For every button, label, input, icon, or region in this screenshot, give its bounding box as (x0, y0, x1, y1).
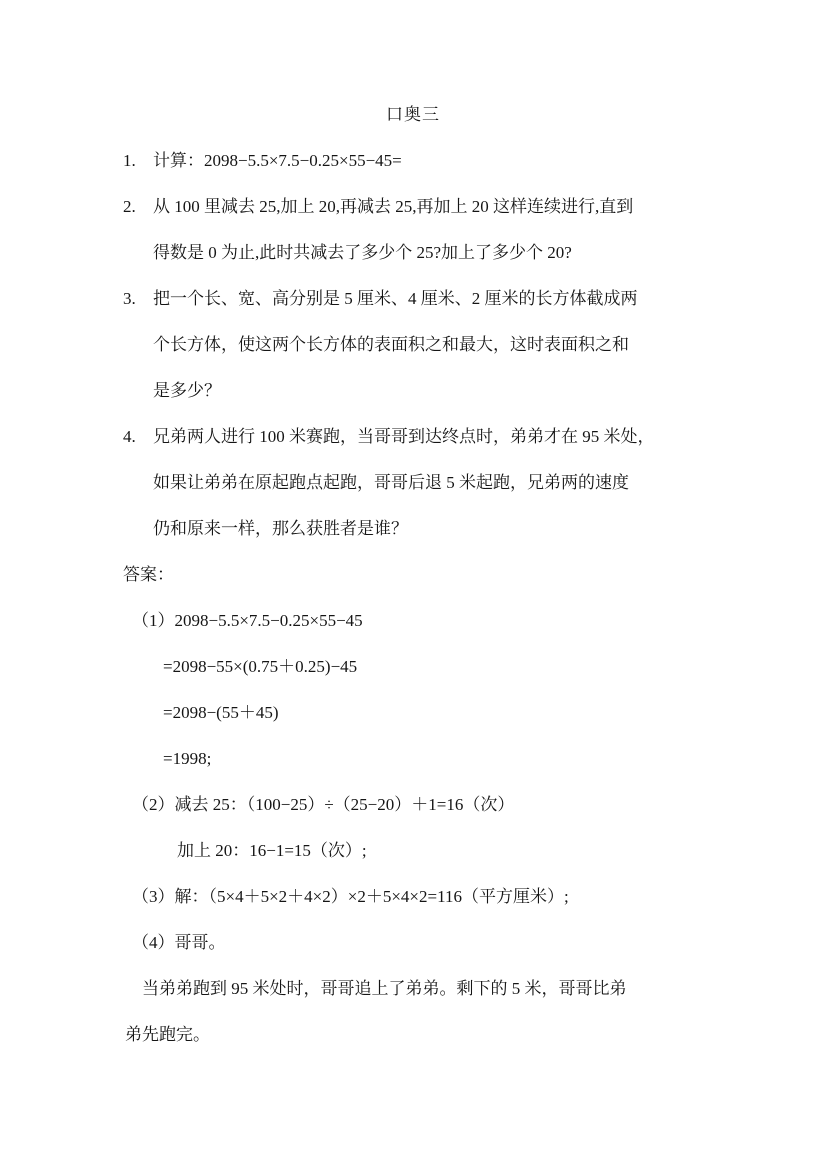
problem-4-line-2: 如果让弟弟在原起跑点起跑，哥哥后退 5 米起跑，兄弟两的速度 (153, 460, 726, 506)
problem-3-line-1: 把一个长、宽、高分别是 5 厘米、4 厘米、2 厘米的长方体截成两 (153, 276, 726, 322)
problem-4-number: 4. (123, 414, 136, 460)
answer-1-line-2: =2098−55×(0.75＋0.25)−45 (163, 644, 726, 690)
problem-1: 1. 计算：2098−5.5×7.5−0.25×55−45= (100, 138, 726, 184)
problem-1-line-1: 计算：2098−5.5×7.5−0.25×55−45= (153, 138, 726, 184)
problem-2-number: 2. (123, 184, 136, 230)
problem-4-line-3: 仍和原来一样，那么获胜者是谁？ (153, 506, 726, 552)
problem-1-number: 1. (123, 138, 136, 184)
answer-1-line-4: =1998; (163, 736, 726, 782)
problem-4: 4. 兄弟两人进行 100 米赛跑，当哥哥到达终点时，弟弟才在 95 米处， 如… (100, 414, 726, 552)
problem-2-line-2: 得数是 0 为止,此时共减去了多少个 25?加上了多少个 20? (153, 230, 726, 276)
answer-1-line-3: =2098−(55＋45) (163, 690, 726, 736)
answer-4-line-1: （4）哥哥。 (132, 920, 726, 966)
answer-2-line-2: 加上 20：16−1=15（次）; (177, 828, 726, 874)
answer-1-line-1: （1）2098−5.5×7.5−0.25×55−45 (132, 598, 726, 644)
answer-4-line-3: 弟先跑完。 (125, 1012, 726, 1058)
problem-2: 2. 从 100 里减去 25,加上 20,再减去 25,再加上 20 这样连续… (100, 184, 726, 276)
problem-3: 3. 把一个长、宽、高分别是 5 厘米、4 厘米、2 厘米的长方体截成两 个长方… (100, 276, 726, 414)
answers-heading: 答案： (123, 552, 726, 598)
answer-2-line-1: （2）减去 25：（100−25）÷（25−20）＋1=16（次） (132, 782, 726, 828)
document-page: 口奥三 1. 计算：2098−5.5×7.5−0.25×55−45= 2. 从 … (0, 0, 826, 1169)
doc-title: 口奥三 (100, 92, 726, 138)
problem-3-number: 3. (123, 276, 136, 322)
problem-3-line-2: 个长方体，使这两个长方体的表面积之和最大，这时表面积之和 (153, 322, 726, 368)
problem-3-line-3: 是多少？ (153, 368, 726, 414)
answer-3-line-1: （3）解：（5×4＋5×2＋4×2）×2＋5×4×2=116（平方厘米）; (132, 874, 726, 920)
answer-4-line-2: 当弟弟跑到 95 米处时，哥哥追上了弟弟。剩下的 5 米，哥哥比弟 (142, 966, 726, 1012)
problem-4-line-1: 兄弟两人进行 100 米赛跑，当哥哥到达终点时，弟弟才在 95 米处， (153, 414, 726, 460)
problem-2-line-1: 从 100 里减去 25,加上 20,再减去 25,再加上 20 这样连续进行,… (153, 184, 726, 230)
